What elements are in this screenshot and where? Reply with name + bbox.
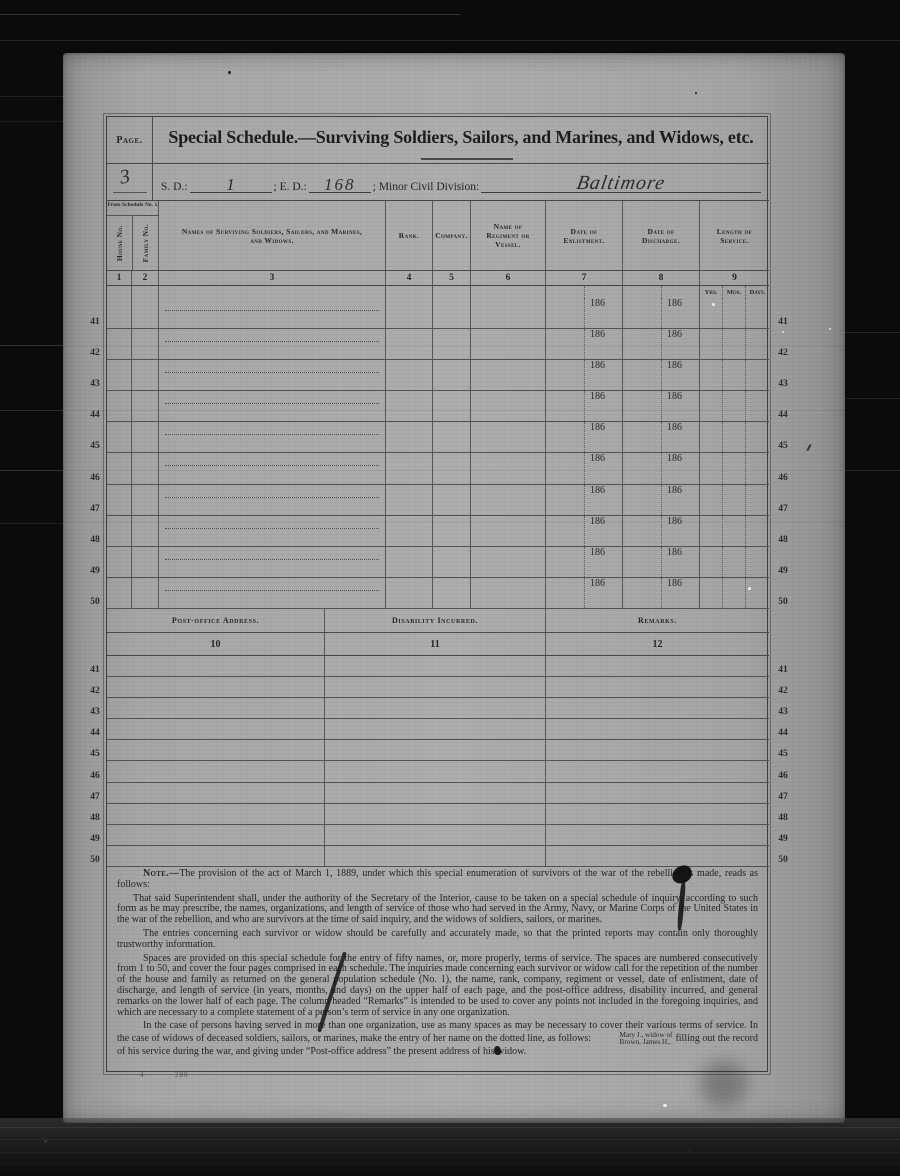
- discharge-day-cell: [623, 485, 662, 515]
- from-schedule-label: From Schedule No. 1.: [107, 201, 159, 216]
- service-days-cell: [746, 329, 769, 359]
- name-entry-cell: [159, 422, 386, 452]
- regiment-cell: [471, 547, 546, 577]
- upper-rows: 186 186 41 41 186 186 42 42 186 186: [107, 298, 769, 609]
- service-days-cell: [746, 298, 769, 328]
- house-no-cell: [107, 298, 132, 328]
- notes-section: Note.—The provision of the act of March …: [117, 869, 758, 1069]
- note-lead: Note.—: [143, 869, 179, 879]
- regiment-cell: [471, 485, 546, 515]
- table-row: 186 186 48 48: [107, 516, 769, 547]
- name-entry-cell: [159, 547, 386, 577]
- table-row: 44 44: [107, 719, 769, 740]
- row-number-left: 42: [86, 686, 104, 696]
- note-widows-case: In the case of persons having served in …: [117, 1021, 758, 1057]
- postoffice-cell: [107, 656, 325, 676]
- discharge-day-cell: [623, 329, 662, 359]
- company-cell: [433, 329, 471, 359]
- enlistment-day-cell: [546, 391, 585, 421]
- form-title: Special Schedule.—Surviving Soldiers, Sa…: [168, 127, 753, 147]
- table-row: 50 50: [107, 846, 769, 867]
- remarks-cell: [546, 804, 769, 824]
- service-mos-cell: [723, 360, 746, 390]
- year-preprint: 186: [585, 516, 623, 546]
- postoffice-cell: [107, 825, 325, 845]
- note-intro: Note.—The provision of the act of March …: [117, 869, 758, 891]
- rank-cell: [386, 329, 433, 359]
- regiment-cell: [471, 453, 546, 483]
- year-preprint: 186: [585, 453, 623, 483]
- company-cell: [433, 516, 471, 546]
- enlistment-day-cell: [546, 453, 585, 483]
- house-no-cell: [107, 360, 132, 390]
- name-entry-cell: [159, 391, 386, 421]
- column-header-discharge: Date of Discharge.: [623, 201, 700, 270]
- postoffice-cell: [107, 804, 325, 824]
- service-yrs-cell: [700, 360, 723, 390]
- year-preprint: 186: [662, 516, 700, 546]
- dark-speck: [228, 71, 231, 74]
- film-scratch: [0, 1139, 900, 1140]
- rank-cell: [386, 391, 433, 421]
- service-mos-cell: [723, 329, 746, 359]
- table-row: 186 186 42 42: [107, 329, 769, 360]
- family-no-cell: [132, 391, 159, 421]
- column-header-disability: Disability Incurred.: [325, 609, 546, 632]
- row-number-left: 50: [86, 855, 104, 865]
- mcd-value-handwritten: Baltimore: [479, 172, 763, 195]
- house-no-cell: [107, 391, 132, 421]
- family-no-cell: [132, 298, 159, 328]
- year-preprint: 186: [585, 422, 623, 452]
- film-scratch: [0, 1163, 900, 1164]
- page-number-underline: [113, 192, 147, 193]
- column-number: 1: [107, 271, 132, 285]
- row-number-right: 45: [774, 749, 792, 759]
- service-yrs-cell: [700, 329, 723, 359]
- family-no-cell: [132, 516, 159, 546]
- column-header-rank: Rank.: [386, 201, 433, 270]
- remarks-cell: [546, 825, 769, 845]
- row-number-right: 48: [774, 535, 792, 545]
- column-header-remarks: Remarks.: [546, 609, 769, 632]
- name-entry-cell: [159, 360, 386, 390]
- remarks-cell: [546, 783, 769, 803]
- year-preprint: 186: [662, 485, 700, 515]
- table-row: 186 186 47 47: [107, 485, 769, 516]
- row-number-right: 42: [774, 348, 792, 358]
- film-scratch: [0, 345, 63, 346]
- house-no-cell: [107, 547, 132, 577]
- column-number: 12: [546, 633, 769, 655]
- row-number-left: 47: [86, 504, 104, 514]
- postoffice-cell: [107, 740, 325, 760]
- rank-cell: [386, 298, 433, 328]
- family-no-cell: [132, 360, 159, 390]
- discharge-day-cell: [623, 578, 662, 608]
- table-row: 47 47: [107, 783, 769, 804]
- row-number-left: 46: [86, 771, 104, 781]
- film-scratch: [0, 1152, 900, 1153]
- remarks-cell: [546, 719, 769, 739]
- service-mos-cell: [723, 298, 746, 328]
- column-number: 3: [159, 271, 386, 285]
- mcd-label: ; Minor Civil Division:: [373, 181, 479, 193]
- note-entries: The entries concerning each survivor or …: [117, 929, 758, 951]
- row-number-left: 49: [86, 834, 104, 844]
- enlistment-day-cell: [546, 485, 585, 515]
- film-scratch: [0, 40, 900, 41]
- upper-column-numbers: 1 2 3 4 5 6 7 8 9: [107, 271, 769, 286]
- row-number-right: 41: [774, 317, 792, 327]
- house-no-cell: [107, 578, 132, 608]
- subcolumn-mos: Mos.: [723, 286, 746, 298]
- row-number-right: 43: [774, 707, 792, 717]
- lower-rows: 41 41 42 42 43 43 44 44 45 45 46 46: [107, 656, 769, 867]
- row-number-left: 43: [86, 707, 104, 717]
- upper-table-header: House No. Family No. Names of Surviving …: [107, 201, 769, 271]
- service-yrs-cell: [700, 547, 723, 577]
- table-row: 186 186 41 41: [107, 298, 769, 329]
- company-cell: [433, 391, 471, 421]
- service-mos-cell: [723, 516, 746, 546]
- discharge-day-cell: [623, 391, 662, 421]
- family-no-cell: [132, 578, 159, 608]
- year-preprint: 186: [662, 547, 700, 577]
- family-no-cell: [132, 547, 159, 577]
- regiment-cell: [471, 516, 546, 546]
- service-mos-cell: [723, 453, 746, 483]
- remarks-cell: [546, 656, 769, 676]
- scanned-page: Page. Special Schedule.—Surviving Soldie…: [63, 53, 845, 1123]
- row-number-right: 45: [774, 441, 792, 451]
- row-number-right: 42: [774, 686, 792, 696]
- service-yrs-cell: [700, 453, 723, 483]
- table-row: 46 46: [107, 761, 769, 782]
- company-cell: [433, 485, 471, 515]
- postoffice-cell: [107, 846, 325, 866]
- row-number-left: 47: [86, 792, 104, 802]
- dust-speck: [748, 587, 751, 590]
- rank-cell: [386, 453, 433, 483]
- service-days-cell: [746, 485, 769, 515]
- column-number: 7: [546, 271, 623, 285]
- year-preprint: 186: [662, 391, 700, 421]
- row-number-left: 44: [86, 410, 104, 420]
- service-mos-cell: [723, 422, 746, 452]
- company-cell: [433, 453, 471, 483]
- district-band: 3 S. D.: 1 ; E. D.: 168 ; Minor Civil Di…: [107, 164, 769, 201]
- column-header-postoffice: Post-office Address.: [107, 609, 325, 632]
- rank-cell: [386, 578, 433, 608]
- year-preprint: 186: [662, 298, 700, 328]
- family-no-cell: [132, 422, 159, 452]
- remarks-cell: [546, 761, 769, 781]
- row-number-left: 42: [86, 348, 104, 358]
- enlistment-day-cell: [546, 516, 585, 546]
- film-scratch: [845, 470, 900, 471]
- column-number: 11: [325, 633, 546, 655]
- regiment-cell: [471, 422, 546, 452]
- enlistment-day-cell: [546, 422, 585, 452]
- row-number-left: 44: [86, 728, 104, 738]
- dust-speck: [829, 328, 831, 330]
- disability-cell: [325, 656, 546, 676]
- column-number: 10: [107, 633, 325, 655]
- lower-column-numbers: 10 11 12: [107, 633, 769, 656]
- page-label-cell: Page.: [107, 117, 153, 163]
- service-yrs-cell: [700, 391, 723, 421]
- row-number-right: 49: [774, 834, 792, 844]
- column-header-service: Length of Service.: [700, 201, 769, 270]
- remarks-cell: [546, 740, 769, 760]
- discharge-day-cell: [623, 422, 662, 452]
- film-scratch: [0, 523, 63, 524]
- film-scratch: [0, 470, 63, 471]
- family-no-cell: [132, 453, 159, 483]
- service-mos-cell: [723, 391, 746, 421]
- year-preprint: 186: [585, 298, 623, 328]
- row-number-right: 43: [774, 379, 792, 389]
- row-number-left: 48: [86, 813, 104, 823]
- family-no-cell: [132, 485, 159, 515]
- dust-speck: [782, 331, 784, 333]
- title-cell: Special Schedule.—Surviving Soldiers, Sa…: [153, 117, 769, 163]
- ed-blank: 168: [309, 180, 371, 193]
- year-preprint: 186: [662, 422, 700, 452]
- discharge-day-cell: [623, 516, 662, 546]
- house-no-cell: [107, 453, 132, 483]
- house-no-cell: [107, 422, 132, 452]
- row-number-right: 47: [774, 792, 792, 802]
- row-number-right: 46: [774, 473, 792, 483]
- page-number-cell: 3: [107, 164, 153, 200]
- company-cell: [433, 298, 471, 328]
- service-yrs-cell: [700, 485, 723, 515]
- district-line: S. D.: 1 ; E. D.: 168 ; Minor Civil Divi…: [161, 164, 763, 200]
- name-entry-cell: [159, 329, 386, 359]
- row-number-left: 46: [86, 473, 104, 483]
- name-entry-cell: [159, 578, 386, 608]
- page-number-handwritten: 3: [118, 165, 132, 189]
- service-days-cell: [746, 422, 769, 452]
- film-scratch: [845, 332, 900, 333]
- dust-speck: [712, 303, 715, 306]
- widow-entry-example: Mary J., widow ofBrown, James H.,: [594, 1032, 673, 1046]
- mcd-blank: Baltimore: [481, 180, 761, 193]
- row-number-right: 41: [774, 665, 792, 675]
- remarks-cell: [546, 846, 769, 866]
- column-number: 5: [433, 271, 471, 285]
- enlistment-day-cell: [546, 360, 585, 390]
- form-border: Page. Special Schedule.—Surviving Soldie…: [106, 116, 768, 1072]
- enlistment-day-cell: [546, 329, 585, 359]
- disability-cell: [325, 761, 546, 781]
- table-row: 41 41: [107, 656, 769, 677]
- column-number: 2: [132, 271, 159, 285]
- row-number-right: 50: [774, 597, 792, 607]
- column-header-enlistment: Date of Enlistment.: [546, 201, 623, 270]
- subcolumn-days: Days.: [746, 286, 769, 298]
- discharge-day-cell: [623, 453, 662, 483]
- family-no-cell: [132, 329, 159, 359]
- service-days-cell: [746, 391, 769, 421]
- table-row: 186 186 45 45: [107, 422, 769, 453]
- service-days-cell: [746, 578, 769, 608]
- service-yrs-cell: [700, 516, 723, 546]
- remarks-cell: [546, 698, 769, 718]
- table-row: 49 49: [107, 825, 769, 846]
- name-entry-cell: [159, 453, 386, 483]
- year-preprint: 186: [585, 391, 623, 421]
- disability-cell: [325, 825, 546, 845]
- row-number-left: 41: [86, 317, 104, 327]
- title-flourish-rule: [421, 158, 513, 160]
- disability-cell: [325, 804, 546, 824]
- lower-table-header: Post-office Address. Disability Incurred…: [107, 609, 769, 633]
- house-no-cell: [107, 329, 132, 359]
- row-number-left: 43: [86, 379, 104, 389]
- year-preprint: 186: [585, 547, 623, 577]
- column-number: 8: [623, 271, 700, 285]
- company-cell: [433, 422, 471, 452]
- film-scratch: [0, 1127, 900, 1128]
- row-number-left: 50: [86, 597, 104, 607]
- postoffice-cell: [107, 677, 325, 697]
- year-preprint: 186: [662, 360, 700, 390]
- discharge-day-cell: [623, 360, 662, 390]
- enlistment-day-cell: [546, 547, 585, 577]
- name-entry-cell: [159, 516, 386, 546]
- table-row: 48 48: [107, 804, 769, 825]
- rank-cell: [386, 547, 433, 577]
- row-number-left: 48: [86, 535, 104, 545]
- enlistment-day-cell: [546, 578, 585, 608]
- film-scratch: [0, 14, 460, 15]
- disability-cell: [325, 740, 546, 760]
- regiment-cell: [471, 391, 546, 421]
- regiment-cell: [471, 360, 546, 390]
- table-row: 186 186 46 46: [107, 453, 769, 484]
- row-number-right: 46: [774, 771, 792, 781]
- row-number-right: 44: [774, 728, 792, 738]
- table-row: 186 186 44 44: [107, 391, 769, 422]
- subcolumn-yrs: Yrs.: [700, 286, 723, 298]
- year-preprint: 186: [662, 578, 700, 608]
- house-no-cell: [107, 485, 132, 515]
- service-days-cell: [746, 547, 769, 577]
- table-row: 186 186 49 49: [107, 547, 769, 578]
- ed-value-handwritten: 168: [309, 175, 371, 195]
- name-entry-cell: [159, 485, 386, 515]
- dark-speck: [695, 92, 697, 94]
- rank-cell: [386, 422, 433, 452]
- table-row: 45 45: [107, 740, 769, 761]
- disability-cell: [325, 698, 546, 718]
- film-scratch: [0, 410, 63, 411]
- service-days-cell: [746, 516, 769, 546]
- row-number-right: 50: [774, 855, 792, 865]
- postoffice-cell: [107, 719, 325, 739]
- row-number-right: 47: [774, 504, 792, 514]
- film-scratch: [845, 398, 900, 399]
- service-subheader: Yrs. Mos. Days.: [107, 286, 769, 298]
- year-preprint: 186: [585, 578, 623, 608]
- sd-value-handwritten: 1: [190, 175, 272, 195]
- row-number-left: 45: [86, 441, 104, 451]
- smudge-mark: [700, 1060, 748, 1108]
- year-preprint: 186: [585, 360, 623, 390]
- enlistment-day-cell: [546, 298, 585, 328]
- sd-label: S. D.:: [161, 181, 188, 193]
- page-label: Page.: [116, 135, 142, 146]
- disability-cell: [325, 677, 546, 697]
- company-cell: [433, 360, 471, 390]
- postoffice-cell: [107, 783, 325, 803]
- service-yrs-cell: [700, 422, 723, 452]
- ink-spot: [494, 1046, 501, 1055]
- service-mos-cell: [723, 578, 746, 608]
- rank-cell: [386, 360, 433, 390]
- service-mos-cell: [723, 485, 746, 515]
- year-preprint: 186: [585, 485, 623, 515]
- dark-speck: [857, 160, 861, 163]
- disability-cell: [325, 846, 546, 866]
- disability-cell: [325, 783, 546, 803]
- name-entry-cell: [159, 298, 386, 328]
- row-number-right: 49: [774, 566, 792, 576]
- year-preprint: 186: [662, 453, 700, 483]
- row-number-left: 45: [86, 749, 104, 759]
- column-number: 4: [386, 271, 433, 285]
- regiment-cell: [471, 578, 546, 608]
- disability-cell: [325, 719, 546, 739]
- postoffice-cell: [107, 761, 325, 781]
- regiment-cell: [471, 298, 546, 328]
- postoffice-cell: [107, 698, 325, 718]
- house-no-cell: [107, 516, 132, 546]
- service-days-cell: [746, 360, 769, 390]
- table-row: 42 42: [107, 677, 769, 698]
- row-number-left: 41: [86, 665, 104, 675]
- note-spaces: Spaces are provided on this special sche…: [117, 954, 758, 1019]
- column-header-names: Names of Surviving Soldiers, Sailors, an…: [159, 201, 386, 270]
- row-number-right: 48: [774, 813, 792, 823]
- table-row: 186 186 50 50: [107, 578, 769, 609]
- column-number: 9: [700, 271, 769, 285]
- rank-cell: [386, 516, 433, 546]
- company-cell: [433, 578, 471, 608]
- year-preprint: 186: [662, 329, 700, 359]
- row-number-left: 49: [86, 566, 104, 576]
- title-band: Page. Special Schedule.—Surviving Soldie…: [107, 117, 769, 164]
- column-number: 6: [471, 271, 546, 285]
- note-statute: That said Superintendent shall, under th…: [117, 894, 758, 926]
- table-row: 186 186 43 43: [107, 360, 769, 391]
- service-yrs-cell: [700, 578, 723, 608]
- dust-speck: [663, 1104, 667, 1107]
- footer-mark-left: 4: [140, 1071, 144, 1079]
- row-number-right: 44: [774, 410, 792, 420]
- discharge-day-cell: [623, 547, 662, 577]
- company-cell: [433, 547, 471, 577]
- regiment-cell: [471, 329, 546, 359]
- year-preprint: 186: [585, 329, 623, 359]
- service-days-cell: [746, 453, 769, 483]
- column-header-regiment: Name of Regiment or Vessel.: [471, 201, 546, 270]
- column-header-company: Company.: [433, 201, 471, 270]
- rank-cell: [386, 485, 433, 515]
